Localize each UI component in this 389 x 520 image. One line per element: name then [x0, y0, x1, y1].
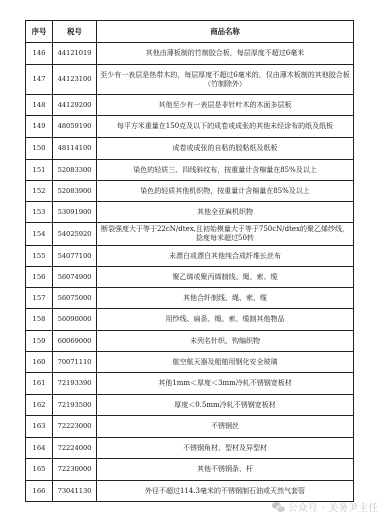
table-row: 14948059190每平方米重量在150克及以下的成卷或成张的其他未经涂布的纸… [26, 116, 354, 138]
cell-tax-code: 53091900 [53, 202, 97, 223]
cell-seq: 162 [26, 395, 53, 416]
cell-product-name: 其他至少有一表层是非针叶木的木面多层板 [97, 95, 354, 116]
cell-tax-code: 44123100 [53, 65, 97, 95]
table-row: 15554077100未漂白或漂白其他纯合成纤维长丝布 [26, 246, 354, 267]
table-header-row: 序号 税号 商品名称 [26, 21, 354, 43]
cell-product-name: 其他1mm＜厚度＜3mm冷轧不锈钢宽板材 [97, 373, 354, 395]
cell-product-name: 未漂白或漂白其他纯合成纤维长丝布 [97, 246, 354, 267]
table-row: 15252083900染色的轻质其他机织物，按重量计含棉量在85%及以上 [26, 181, 354, 202]
cell-seq: 158 [26, 309, 53, 331]
cell-product-name: 其他全亚麻机织物 [97, 202, 354, 223]
cell-product-name: 厚度＜0.5mm冷轧不锈钢宽板材 [97, 395, 354, 416]
cell-product-name: 至少有一表层是热带木的，每层厚度不超过6毫米的，仅由薄木板制的其他胶合板（竹制除… [97, 65, 354, 95]
cell-tax-code: 54077100 [53, 246, 97, 267]
wechat-icon [272, 502, 285, 512]
watermark: 公众号 · 关务尹主任 [272, 500, 379, 514]
table-row: 15048114100成卷或成张的自粘的胶粘纸及纸板 [26, 138, 354, 160]
cell-tax-code: 60069000 [53, 331, 97, 352]
cell-product-name: 用纱线、扁条、绳、索、缆制其他物品 [97, 309, 354, 331]
header-seq: 序号 [26, 21, 53, 43]
cell-seq: 165 [26, 459, 53, 481]
cell-tax-code: 52083900 [53, 181, 97, 202]
cell-product-name: 其他由薄板制的竹制胶合板，每层厚度不超过6毫米 [97, 43, 354, 65]
header-tax-code: 税号 [53, 21, 97, 43]
cell-tax-code: 72230000 [53, 459, 97, 481]
cell-tax-code: 72193500 [53, 395, 97, 416]
cell-tax-code: 54025920 [53, 223, 97, 246]
table-row: 16272193500厚度＜0.5mm冷轧不锈钢宽板材 [26, 395, 354, 416]
table-row: 14744123100至少有一表层是热带木的，每层厚度不超过6毫米的，仅由薄木板… [26, 65, 354, 95]
table-row: 16070071110航空航天器及船舶用钢化安全玻璃 [26, 352, 354, 373]
cell-seq: 155 [26, 246, 53, 267]
table-row: 15656074900聚乙烯或聚丙烯制线、绳、索、缆 [26, 267, 354, 288]
cell-seq: 163 [26, 416, 53, 438]
cell-seq: 166 [26, 481, 53, 502]
cell-product-name: 聚乙烯或聚丙烯制线、绳、索、缆 [97, 267, 354, 288]
cell-product-name: 染色的轻质其他机织物，按重量计含棉量在85%及以上 [97, 181, 354, 202]
table-row: 14844129200其他至少有一表层是非针叶木的木面多层板 [26, 95, 354, 116]
cell-product-name: 未列名针织、钩编织物 [97, 331, 354, 352]
table-row: 16673041130外径不超过114.3毫米的不锈钢制石油或天然气套管 [26, 481, 354, 502]
cell-seq: 157 [26, 288, 53, 309]
table-row: 14644121019其他由薄板制的竹制胶合板，每层厚度不超过6毫米 [26, 43, 354, 65]
cell-product-name: 航空航天器及船舶用钢化安全玻璃 [97, 352, 354, 373]
cell-tax-code: 72224000 [53, 438, 97, 459]
cell-seq: 152 [26, 181, 53, 202]
cell-tax-code: 48114100 [53, 138, 97, 160]
cell-seq: 161 [26, 373, 53, 395]
cell-tax-code: 52083300 [53, 160, 97, 181]
table-body: 14644121019其他由薄板制的竹制胶合板，每层厚度不超过6毫米147441… [26, 43, 354, 502]
watermark-text: 公众号 · 关务尹主任 [288, 500, 379, 514]
table-row: 15454025920断裂强度大于等于22cN/dtex,且初始模量大于等于75… [26, 223, 354, 246]
table-row: 15353091900其他全亚麻机织物 [26, 202, 354, 223]
cell-seq: 160 [26, 352, 53, 373]
cell-seq: 151 [26, 160, 53, 181]
cell-seq: 147 [26, 65, 53, 95]
cell-tax-code: 56074900 [53, 267, 97, 288]
cell-tax-code: 70071110 [53, 352, 97, 373]
cell-tax-code: 72193390 [53, 373, 97, 395]
table-row: 16472224000不锈钢角材、型材及异型材 [26, 438, 354, 459]
cell-tax-code: 56075000 [53, 288, 97, 309]
table-row: 16372223000不锈钢丝 [26, 416, 354, 438]
cell-seq: 148 [26, 95, 53, 116]
table-row: 15756075000其他合纤制线、绳、索、缆 [26, 288, 354, 309]
cell-product-name: 不锈钢丝 [97, 416, 354, 438]
cell-seq: 164 [26, 438, 53, 459]
cell-product-name: 外径不超过114.3毫米的不锈钢制石油或天然气套管 [97, 481, 354, 502]
cell-seq: 153 [26, 202, 53, 223]
cell-product-name: 不锈钢角材、型材及异型材 [97, 438, 354, 459]
cell-product-name: 成卷或成张的自粘的胶粘纸及纸板 [97, 138, 354, 160]
cell-product-name: 断裂强度大于等于22cN/dtex,且初始模量大于等于750cN/dtex的聚乙… [97, 223, 354, 246]
cell-seq: 146 [26, 43, 53, 65]
cell-tax-code: 44129200 [53, 95, 97, 116]
table-row: 15152083300染色的轻质三、四线斜纹布，按重量计含棉量在85%及以上 [26, 160, 354, 181]
cell-tax-code: 73041130 [53, 481, 97, 502]
table-row: 16572230000其他不锈钢条、杆 [26, 459, 354, 481]
header-product-name: 商品名称 [97, 21, 354, 43]
cell-product-name: 每平方米重量在150克及以下的成卷或成张的其他未经涂布的纸及纸板 [97, 116, 354, 138]
cell-seq: 150 [26, 138, 53, 160]
cell-tax-code: 56090000 [53, 309, 97, 331]
cell-tax-code: 44121019 [53, 43, 97, 65]
tariff-table: 序号 税号 商品名称 14644121019其他由薄板制的竹制胶合板，每层厚度不… [25, 20, 354, 502]
table-row: 15856090000用纱线、扁条、绳、索、缆制其他物品 [26, 309, 354, 331]
cell-product-name: 染色的轻质三、四线斜纹布，按重量计含棉量在85%及以上 [97, 160, 354, 181]
cell-product-name: 其他不锈钢条、杆 [97, 459, 354, 481]
cell-product-name: 其他合纤制线、绳、索、缆 [97, 288, 354, 309]
cell-seq: 149 [26, 116, 53, 138]
cell-tax-code: 48059190 [53, 116, 97, 138]
cell-seq: 159 [26, 331, 53, 352]
cell-seq: 156 [26, 267, 53, 288]
cell-seq: 154 [26, 223, 53, 246]
cell-tax-code: 72223000 [53, 416, 97, 438]
table-row: 16172193390其他1mm＜厚度＜3mm冷轧不锈钢宽板材 [26, 373, 354, 395]
table-row: 15960069000未列名针织、钩编织物 [26, 331, 354, 352]
